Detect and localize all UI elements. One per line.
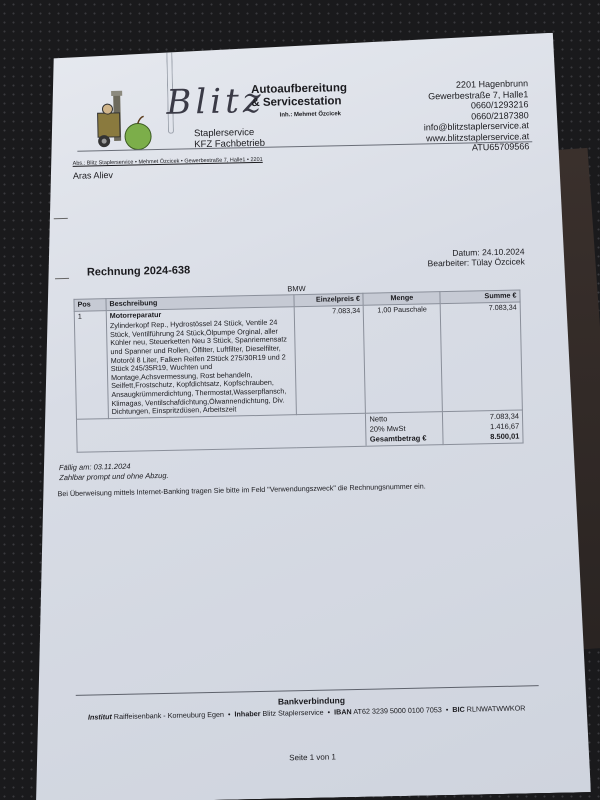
bank-iban-label: IBAN	[334, 707, 352, 716]
invoice-clerk: Bearbeiter: Tülay Özcicek	[428, 256, 525, 268]
forklift-apple-logo-icon	[91, 86, 162, 157]
bank-institute: Raiffeisenbank - Korneuburg Egen	[114, 710, 224, 721]
bank-owner: Blitz Staplerservice	[262, 708, 323, 718]
vehicle-label: BMW	[287, 284, 306, 293]
col-header-pos: Pos	[74, 299, 106, 311]
sender-line: Abs.: Blitz Staplerservice • Mehmet Özci…	[73, 157, 263, 167]
bank-bic: RLNWATWWKOR	[467, 703, 526, 713]
bank-owner-label: Inhaber	[234, 709, 260, 719]
cell-quantity: 1,00 Pauschale	[364, 303, 443, 413]
bank-institute-label: Institut	[88, 712, 112, 721]
bank-iban: AT62 3239 5000 0100 7053	[353, 705, 442, 716]
payment-terms: Fällig am: 03.11.2024 Zahlbar prompt und…	[59, 461, 169, 483]
fold-mark	[54, 218, 68, 219]
totals-values: 7.083,34 1.416,67 8.500,01	[443, 410, 523, 445]
totals-labels: Netto 20% MwSt Gesamtbetrag €	[366, 411, 444, 446]
invoice-items-table: Pos Beschreibung Einzelpreis € Menge Sum…	[73, 289, 523, 452]
recipient-name: Aras Aliev	[73, 170, 113, 181]
payment-condition: Zahlbar prompt und ohne Abzug.	[59, 471, 169, 483]
transfer-note: Bei Überweisung mittels Internet-Banking…	[57, 481, 425, 498]
fold-mark	[55, 278, 69, 279]
cell-unit-price: 7.083,34	[294, 305, 366, 415]
cell-pos: 1	[74, 310, 108, 419]
gross-label: Gesamtbetrag €	[370, 433, 440, 444]
totals-spacer	[76, 413, 366, 452]
gross-value: 8.500,01	[447, 431, 520, 443]
bank-bic-label: BIC	[452, 705, 465, 714]
item-description: Zylinderkopf Rep., Hydrostössel 24 Stück…	[110, 318, 287, 416]
cell-description: Motorreparatur Zylinderkopf Rep., Hydros…	[106, 306, 296, 418]
cell-sum: 7.083,34	[440, 302, 522, 412]
invoice-title: Rechnung 2024-638	[87, 264, 191, 278]
table-row: 1 Motorreparatur Zylinderkopf Rep., Hydr…	[74, 302, 522, 419]
company-owner: Inh.: Mehmet Özcicek	[252, 108, 348, 123]
company-name: Autoaufbereitung & Servicestation Inh.: …	[251, 82, 348, 123]
invoice-meta: Datum: 24.10.2024 Bearbeiter: Tülay Özci…	[427, 246, 525, 268]
page-number: Seite 1 von 1	[35, 747, 590, 768]
invoice-page: Blitz Staplerservice KFZ Fachbetrieb Aut…	[20, 32, 591, 800]
